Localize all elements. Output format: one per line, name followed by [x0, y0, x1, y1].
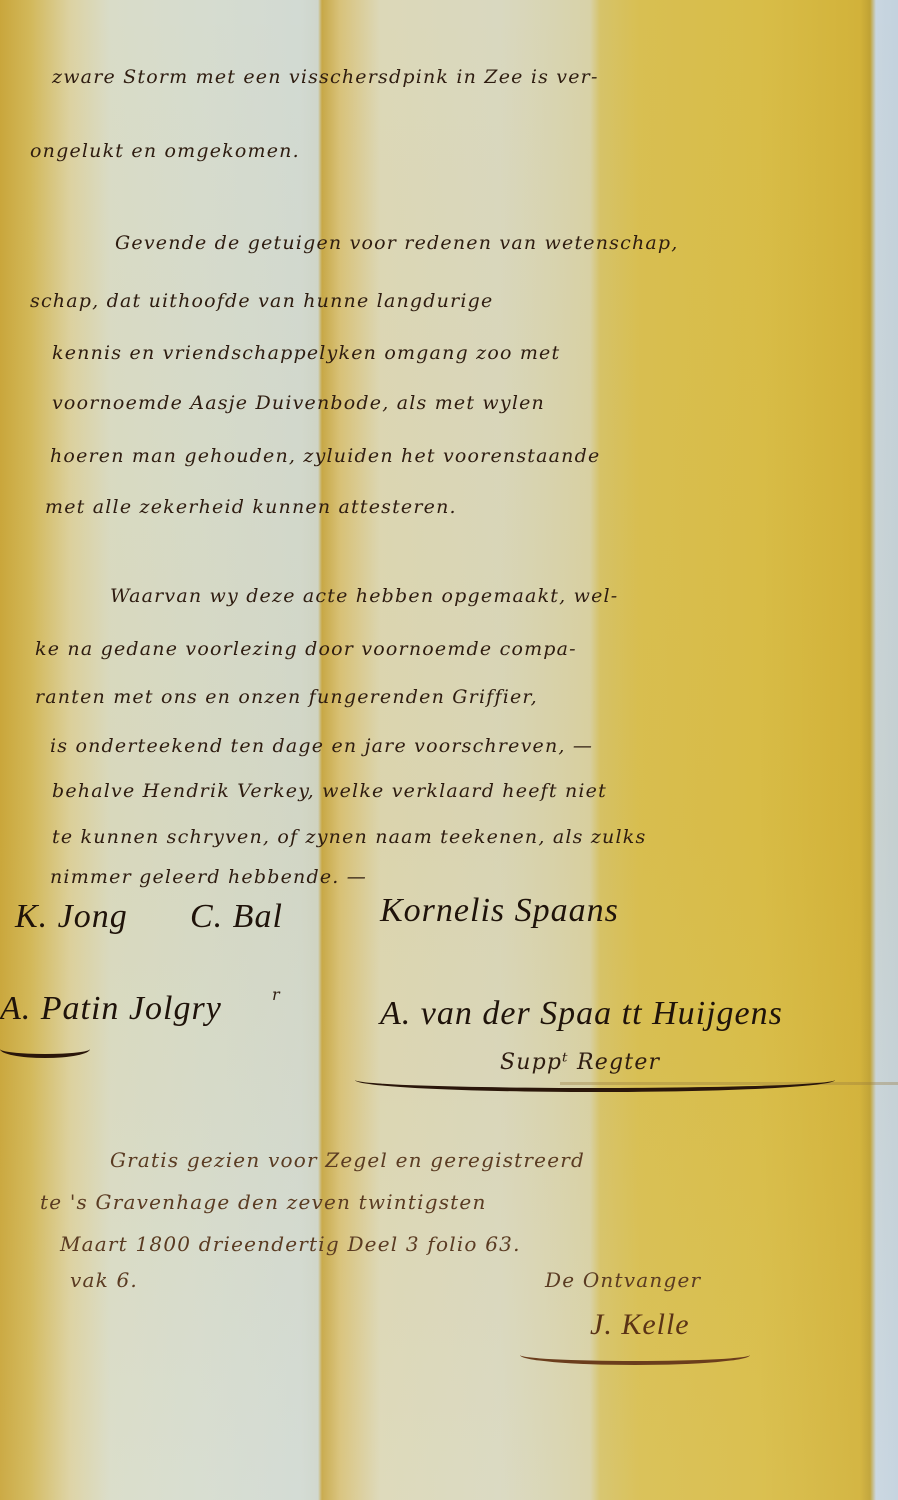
signature-flourish-left [0, 1040, 90, 1058]
signature-left-official: A. Patin Jolgry [0, 990, 222, 1028]
signature-c-bal: C. Bal [190, 898, 283, 936]
registration-line-3: Maart 1800 drieendertig Deel 3 folio 63. [60, 1232, 521, 1256]
signature-right-official: A. van der Spaa tt Huijgens [380, 995, 783, 1033]
text-line-6: voornoemde Aasje Duivenbode, als met wyl… [52, 392, 545, 414]
registration-line-4: vak 6. [70, 1268, 138, 1292]
text-line-12: is onderteekend ten dage en jare voorsch… [50, 735, 593, 757]
text-line-7: hoeren man gehouden, zyluiden het vooren… [50, 445, 600, 467]
signature-flourish-right [355, 1068, 835, 1092]
signature-k-jong: K. Jong [15, 898, 128, 936]
receiver-signature: J. Kelle [590, 1308, 690, 1342]
text-line-8: met alle zekerheid kunnen attesteren. [45, 496, 457, 518]
text-line-4: schap, dat uithoofde van hunne langdurig… [30, 290, 493, 312]
signature-left-suffix: r [272, 985, 281, 1004]
receiver-flourish [520, 1345, 750, 1365]
text-line-13: behalve Hendrik Verkey, welke verklaard … [52, 780, 607, 802]
receiver-title: De Ontvanger [545, 1268, 701, 1292]
text-line-1: zware Storm met een visschersdpink in Ze… [52, 66, 599, 88]
text-line-9: Waarvan wy deze acte hebben opgemaakt, w… [110, 585, 618, 607]
text-line-5: kennis en vriendschappelyken omgang zoo … [52, 342, 560, 364]
text-line-3: Gevende de getuigen voor redenen van wet… [115, 232, 679, 254]
text-line-14: te kunnen schryven, of zynen naam teeken… [52, 826, 646, 848]
text-line-15: nimmer geleerd hebbende. — [50, 866, 367, 888]
registration-line-1: Gratis gezien voor Zegel en geregistreer… [110, 1148, 585, 1172]
text-line-11: ranten met ons en onzen fungerenden Grif… [35, 686, 538, 708]
registration-line-2: te 's Gravenhage den zeven twintigsten [40, 1190, 487, 1214]
signature-kornelis-spaans: Kornelis Spaans [380, 892, 619, 930]
text-line-10: ke na gedane voorlezing door voornoemde … [35, 638, 577, 660]
text-line-2: ongelukt en omgekomen. [30, 140, 300, 162]
